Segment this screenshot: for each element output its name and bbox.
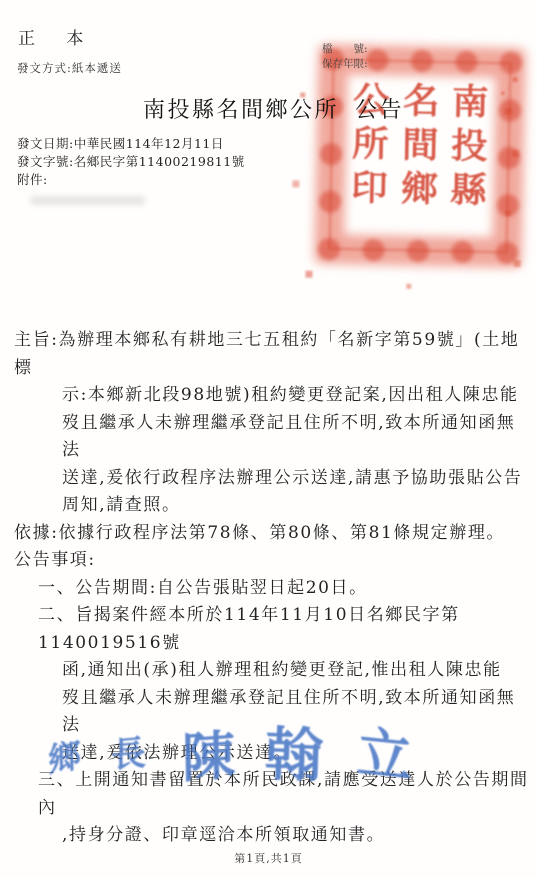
title-spacer <box>339 93 355 124</box>
signature-char-4: 翰 <box>264 707 325 793</box>
document-meta: 發文日期:中華民國114年12月11日 發文字號:名鄉民字第1140021981… <box>17 135 245 189</box>
document-title: 南投縣名間鄉公所 公告 <box>143 93 404 124</box>
archive-header: 檔 號: 保存年限: <box>322 42 368 72</box>
seal-ink-speckles <box>501 92 504 95</box>
retention-period-label: 保存年限: <box>322 57 368 72</box>
copy-type-label: 正 本 <box>18 24 96 49</box>
signature-char-2: 長 <box>111 725 147 778</box>
body-line: 周知,請查照。 <box>14 492 532 520</box>
mayor-signature-stamp: 鄉 長 陳 翰 立 <box>48 700 448 805</box>
body-line: 主旨:為辦理本鄉私有耕地三七五租約「名新字第59號」(土地標 <box>14 327 532 382</box>
document-type-label: 公告 <box>355 93 404 124</box>
body-line: 二、旨揭案件經本所於114年11月10日名鄉民字第1140019516號 <box>14 602 532 657</box>
signature-char-3: 陳 <box>181 713 235 793</box>
body-line: 示:本鄉新北段98地號)租約變更登記案,因出租人陳忠能 <box>14 382 532 410</box>
signature-char-5: 立 <box>356 708 413 793</box>
body-line: 公告事項: <box>14 547 532 575</box>
body-line: 一、公告期間:自公告張貼翌日起20日。 <box>14 575 532 603</box>
archive-number-label: 檔 號: <box>322 42 368 57</box>
scan-smudge <box>30 196 145 205</box>
official-red-seal: 南投縣 名間鄉 公所印 <box>318 48 522 264</box>
body-line: 歿且繼承人未辦理繼承登記且住所不明,致本所通知函無法 <box>14 410 532 465</box>
signature-char-1: 鄉 <box>47 729 81 782</box>
body-line: 送達,爰依行政程序法辦理公示送達,請惠予協助張貼公告 <box>14 465 532 493</box>
official-announcement-document: 正 本 發文方式:紙本遞送 檔 號: 保存年限: 南投縣名間鄉公所 公告 南投縣… <box>0 0 537 877</box>
issuing-agency-name: 南投縣名間鄉公所 <box>143 93 339 124</box>
body-line: ,持身分證、印章逕洽本所領取通知書。 <box>14 822 532 850</box>
issue-date-line: 發文日期:中華民國114年12月11日 <box>17 135 245 153</box>
attachment-line: 附件: <box>17 171 245 189</box>
delivery-method-label: 發文方式:紙本遞送 <box>17 60 122 76</box>
seal-column-right: 南投縣 <box>447 83 486 230</box>
document-number-line: 發文字號:名鄉民字第11400219811號 <box>17 153 245 171</box>
body-line: 函,通知出(承)租人辦理租約變更登記,惟出租人陳忠能 <box>14 657 532 685</box>
page-number: 第1頁,共1頁 <box>0 850 537 866</box>
body-line: 依據:依據行政程序法第78條、第80條、第81條規定辦理。 <box>14 520 532 548</box>
